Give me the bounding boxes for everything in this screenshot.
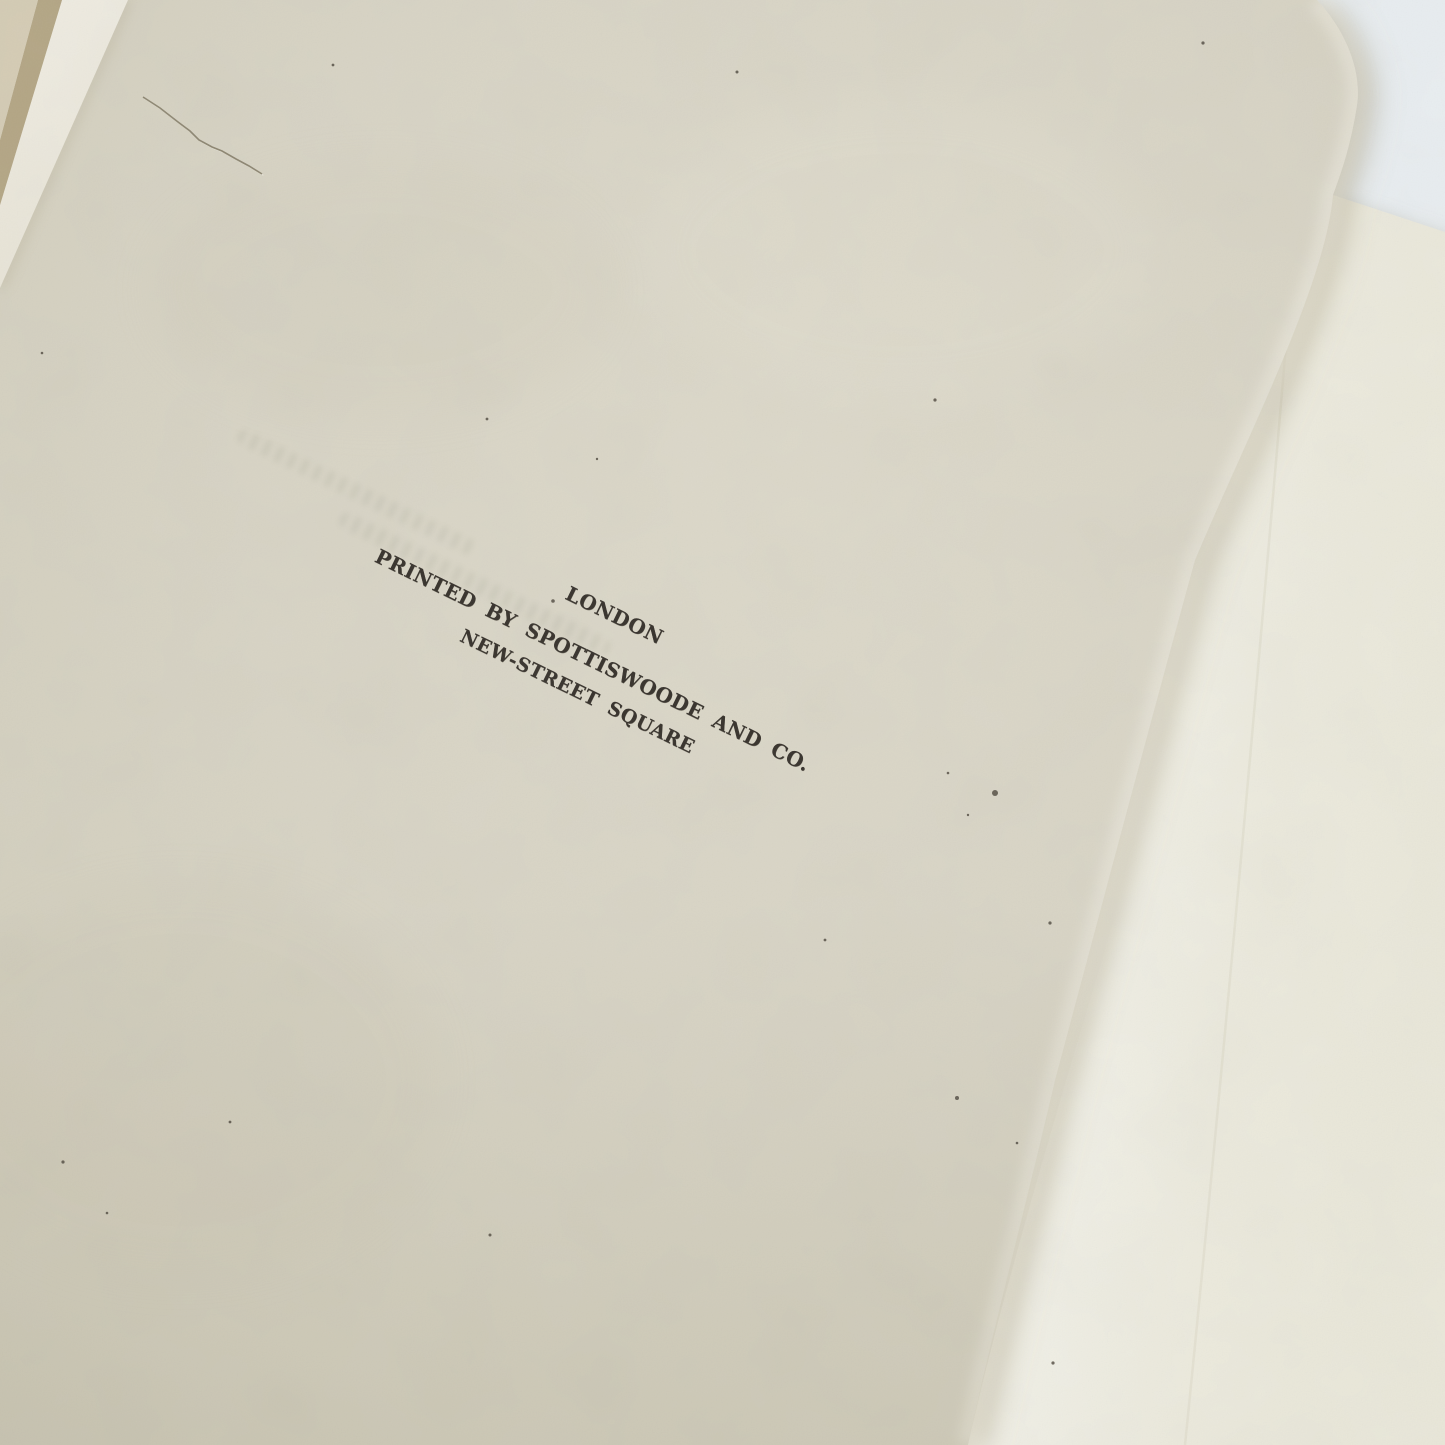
foxing-speck bbox=[486, 418, 489, 421]
foxing-speck bbox=[1016, 1142, 1019, 1145]
foxing-speck bbox=[61, 1160, 64, 1163]
foxing-speck bbox=[332, 64, 335, 67]
foxing-speck bbox=[955, 1096, 959, 1100]
foxing-speck bbox=[596, 458, 598, 460]
foxing-speck bbox=[947, 772, 950, 775]
foxing-speck bbox=[824, 939, 827, 942]
foxing-speck bbox=[736, 71, 739, 74]
foxing-speck bbox=[229, 1121, 232, 1124]
book-photo: LONDON PRINTED BY SPOTTISWOODE AND CO. N… bbox=[0, 0, 1445, 1445]
foxing-speck bbox=[41, 352, 44, 355]
foxing-speck bbox=[967, 814, 969, 816]
foxing-speck bbox=[106, 1212, 109, 1215]
foxing-speck bbox=[1051, 1361, 1054, 1364]
stain bbox=[640, 100, 1160, 400]
foxing-speck bbox=[489, 1234, 492, 1237]
foxing-speck bbox=[1201, 41, 1204, 44]
foxing-speck bbox=[1048, 921, 1051, 924]
foxing-speck bbox=[992, 790, 998, 796]
stain bbox=[150, 160, 610, 420]
foxing-speck bbox=[933, 398, 936, 401]
